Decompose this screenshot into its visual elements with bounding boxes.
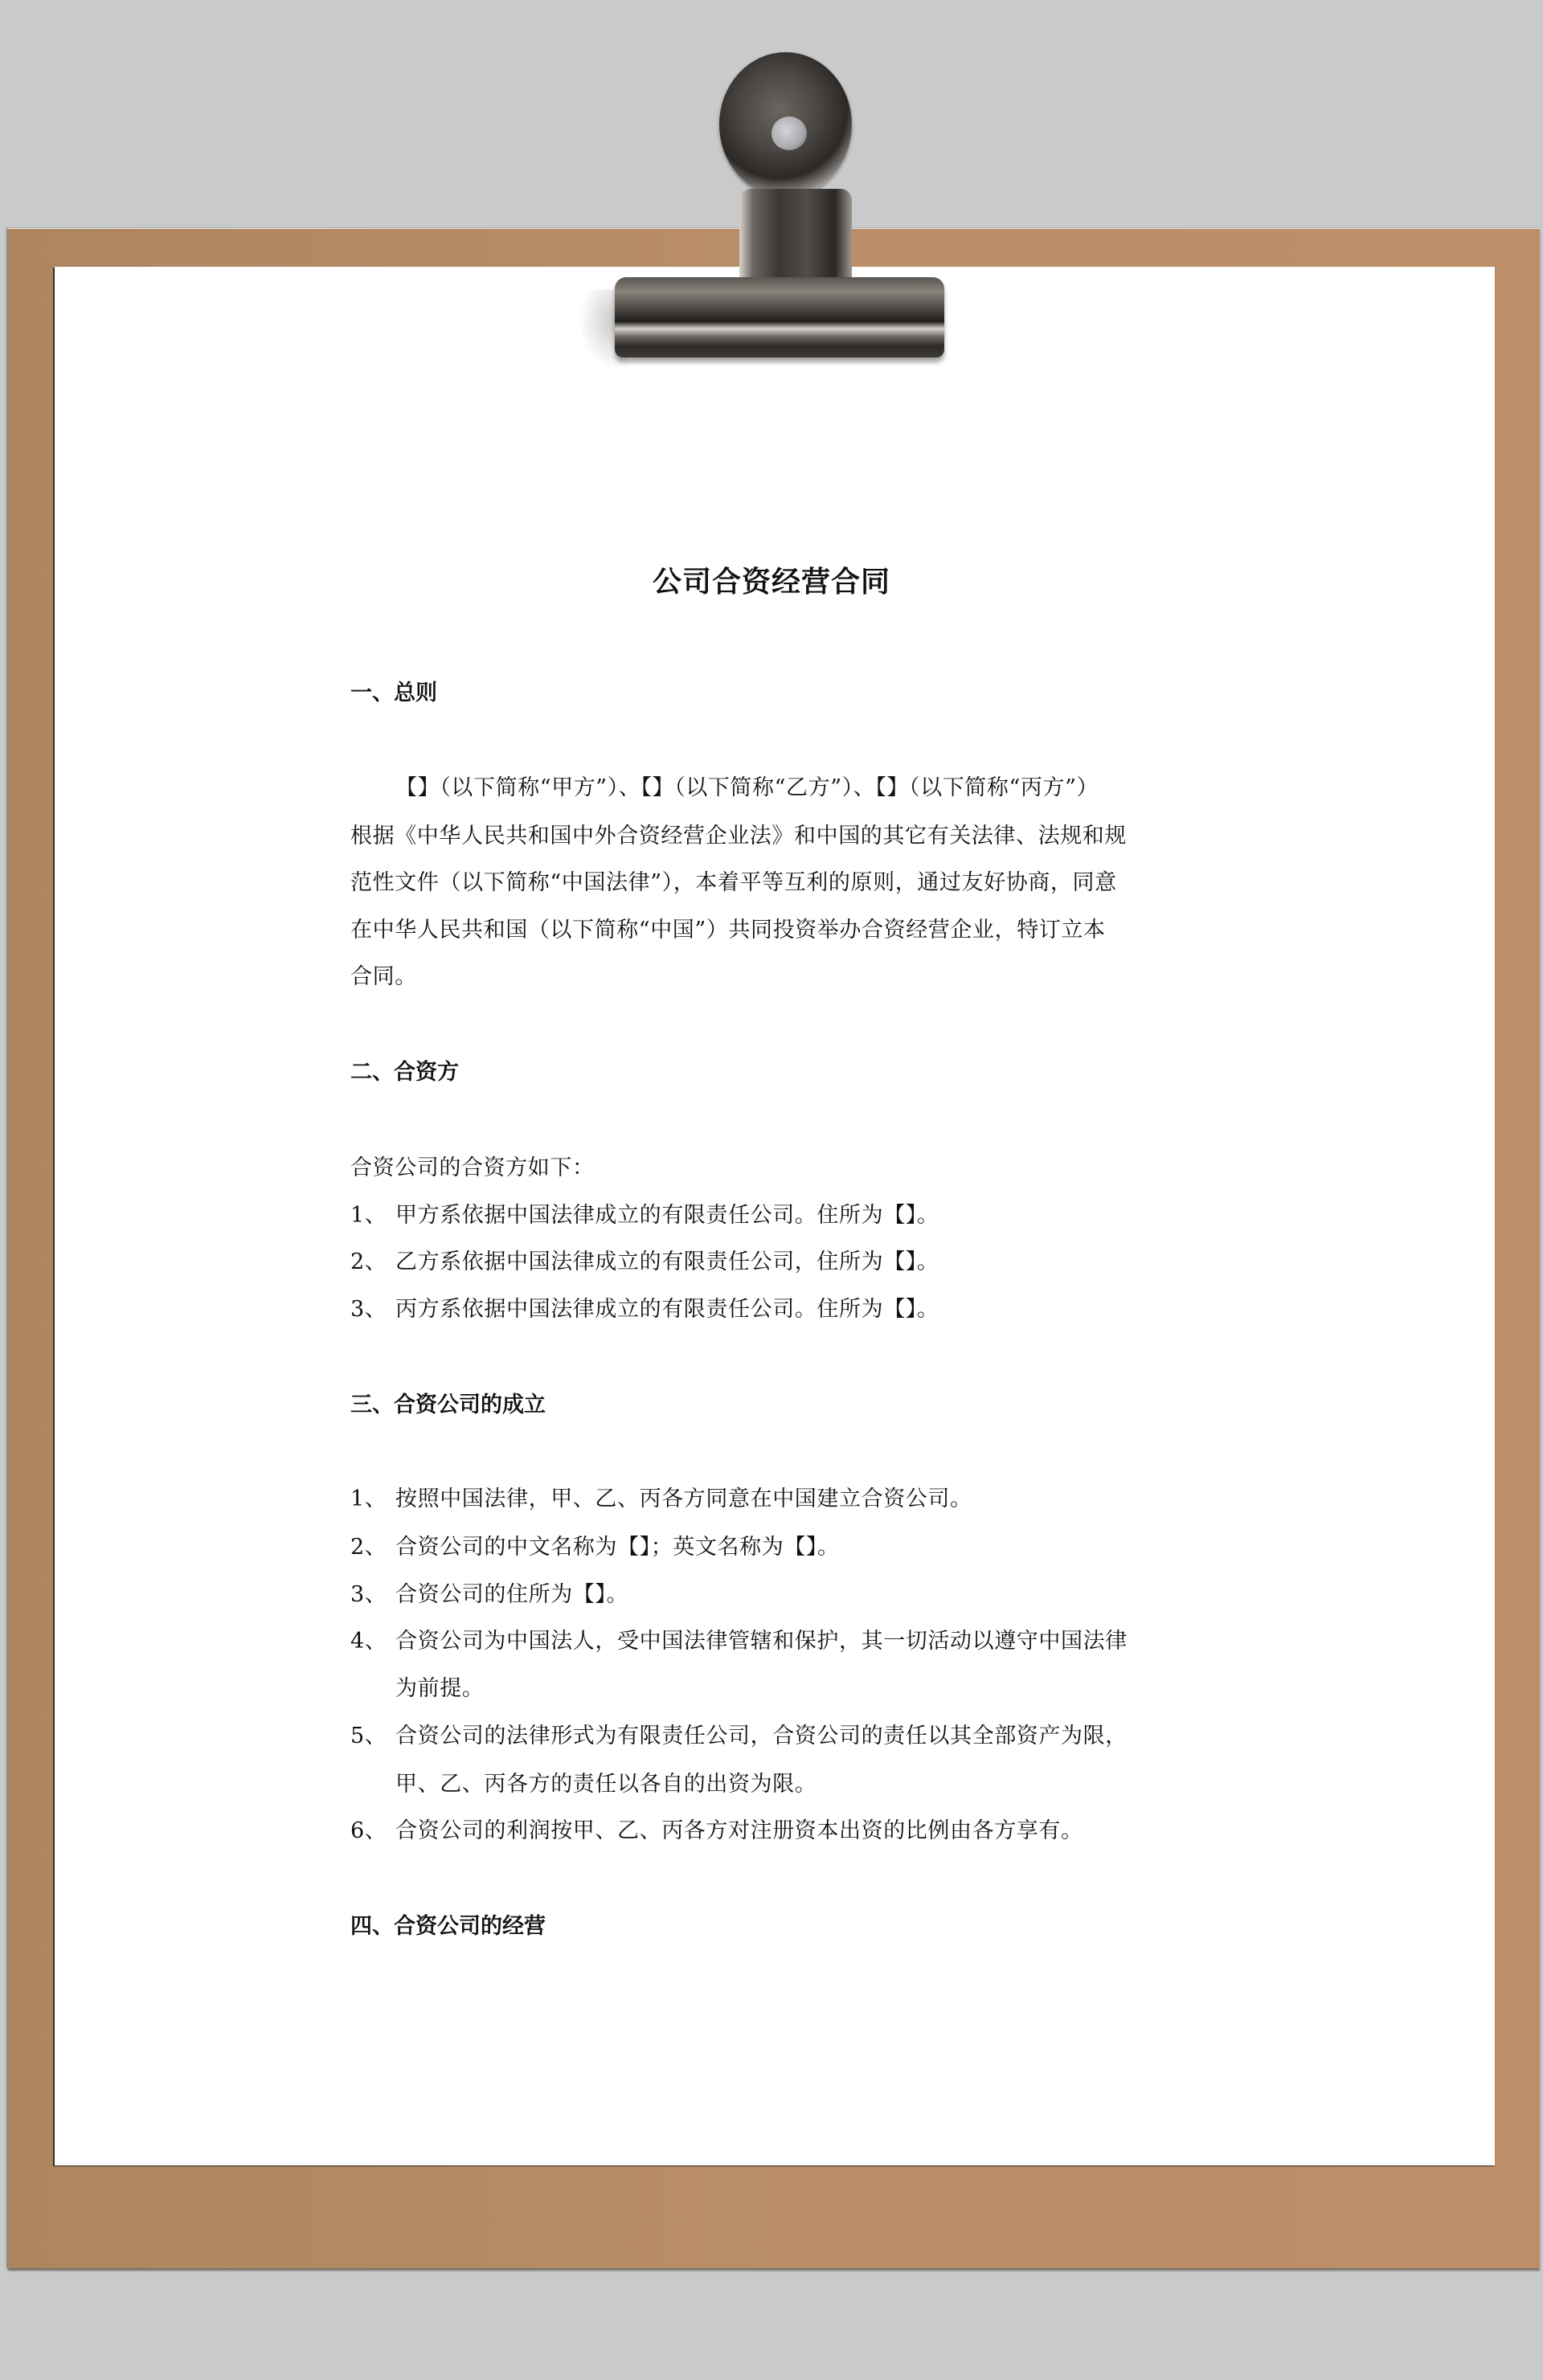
list-item-number: 5、 [350,1718,387,1749]
list-item-continuation: 甲、乙、丙各方的责任以各自的出资为限。 [395,1766,817,1797]
clip-jaw [615,277,944,358]
list-item-number: 1、 [350,1197,387,1229]
section-heading-operations: 四、合资公司的经营 [350,1908,546,1940]
list-item: 合资公司的法律形式为有限责任公司，合资公司的责任以其全部资产为限， [395,1718,1128,1749]
list-item: 合资公司的中文名称为【】；英文名称为【】。 [395,1529,840,1560]
parties-intro: 合资公司的合资方如下： [350,1150,595,1181]
section-heading-establishment: 三、合资公司的成立 [350,1387,546,1418]
list-item-number: 2、 [350,1244,387,1275]
paragraph-line: 根据《中华人民共和国中外合资经营企业法》和中国的其它有关法律、法规和规 [350,818,1127,849]
list-item-number: 3、 [350,1291,387,1323]
list-item-number: 6、 [350,1813,387,1844]
clip-ring-hole [771,117,807,150]
document-title: 公司合资经营合同 [0,559,1543,600]
paragraph-line: 合同。 [350,959,417,990]
list-item: 丙方系依据中国法律成立的有限责任公司。住所为【】。 [395,1291,939,1323]
list-item: 乙方系依据中国法律成立的有限责任公司，住所为【】。 [395,1244,939,1275]
list-item: 合资公司的住所为【】。 [395,1576,628,1608]
list-item: 甲方系依据中国法律成立的有限责任公司。住所为【】。 [395,1197,939,1229]
binder-clip-icon [579,48,948,354]
list-item-number: 1、 [350,1481,387,1512]
paragraph-line: 【】（以下简称“甲方”）、【】（以下简称“乙方”）、【】（以下简称“丙方”） [395,770,1099,801]
list-item-number: 3、 [350,1576,387,1608]
paragraph-line: 范性文件（以下简称“中国法律”），本着平等互利的原则，通过友好协商，同意 [350,865,1117,896]
section-heading-parties: 二、合资方 [350,1054,459,1086]
paragraph-line: 在中华人民共和国（以下简称“中国”）共同投资举办合资经营企业，特订立本 [350,912,1106,943]
section-heading-general: 一、总则 [350,675,437,706]
list-item-number: 2、 [350,1529,387,1560]
list-item: 按照中国法律，甲、乙、丙各方同意在中国建立合资公司。 [395,1481,972,1512]
list-item-continuation: 为前提。 [395,1670,484,1702]
list-item: 合资公司为中国法人，受中国法律管辖和保护，其一切活动以遵守中国法律 [395,1623,1128,1654]
list-item-number: 4、 [350,1623,387,1654]
list-item: 合资公司的利润按甲、乙、丙各方对注册资本出资的比例由各方享有。 [395,1813,1083,1844]
